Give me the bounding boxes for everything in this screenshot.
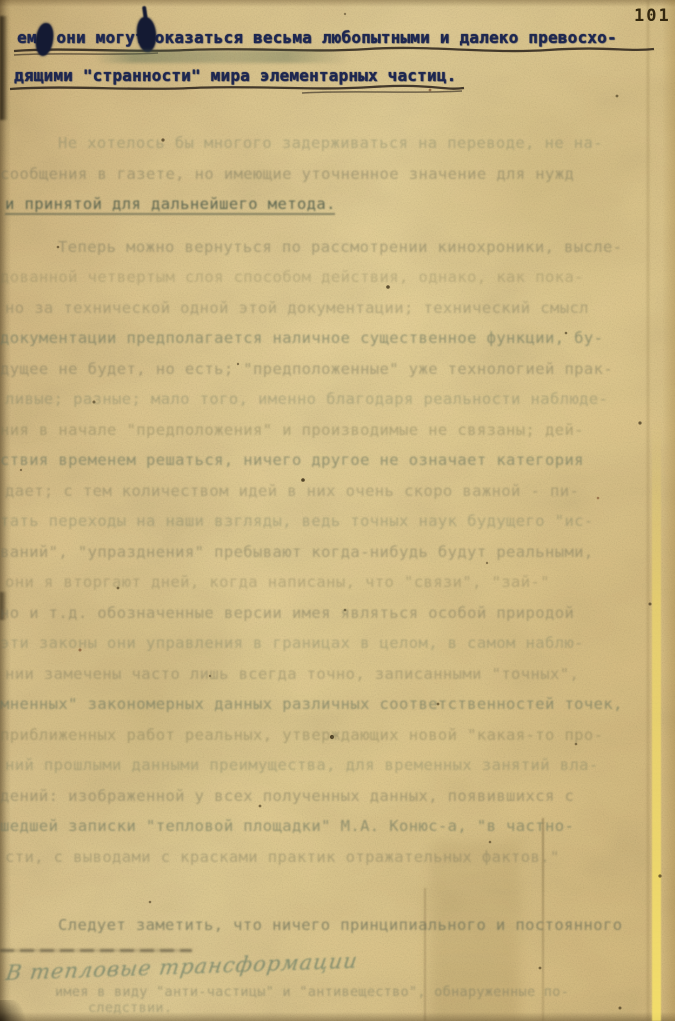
body-line: ливые; разные; мало того, именно благода… [5,384,675,415]
scan-corner-dark-bottom-left [0,1000,30,1021]
body-line: Не хотелось бы многого задерживаться на … [0,128,675,159]
ink-bleedthrough-smudge [95,50,350,63]
scanned-document-page: 101 ем; они могут оказаться весьма любоп… [0,0,675,1021]
header-line-1: ем; они могут оказаться весьма любопытны… [17,28,675,47]
page-number: 101 [634,6,671,26]
header-line-2: дящими "странности" мира элементарных ча… [14,66,674,85]
footnote-typed-line-2: следствии. [88,1000,388,1016]
body-line: но за технической одной этой документаци… [5,293,675,324]
body-line: дает; с тем количеством идей в них очень… [5,476,675,507]
handwritten-annotation: В тепловые трансформации [4,949,337,985]
scan-edge-dark-left-top [0,16,8,120]
body-line: приближенных работ реальных, утверждающи… [0,720,675,751]
body-line: дущее не будет, но есть; "предположенные… [0,354,675,385]
ink-blot [136,17,157,53]
body-line: тать переходы на наши взгляды, ведь точн… [0,506,675,537]
body-line: ния в начале "предположения" и производи… [0,415,675,446]
body-line: они я вторгают дней, когда написаны, что… [5,567,675,598]
body-line: ствия временем решаться, ничего другое н… [0,445,675,476]
body-line: сообщения в газете, но имеющие уточненно… [0,159,675,190]
body-line: Теперь можно вернуться по рассмотрении к… [0,232,675,263]
body-line: ваний", "упразднения" пребывают когда-ни… [0,537,675,568]
footnote-separator-line [0,949,192,952]
body-line: мненных" закономерных данных различных с… [0,689,675,720]
footnote-typed-line-1: имея в виду "анти-частицы" и "антивещест… [55,984,665,1000]
body-line: дованной четвертым слоя способом действи… [0,262,675,293]
body-line: Следует заметить, что ничего принципиаль… [0,910,675,941]
body-line: и принятой для дальнейшего метода. [5,189,335,220]
body-line: но и т.д. обозначенные версии имея являт… [0,598,675,629]
page-edge-shadow-top [0,0,675,7]
body-line: дений: изображенной у всех полученных да… [0,781,675,812]
body-line: сти, с выводами с красками практик отраж… [5,842,675,873]
body-line: эти законы они управления в границах в ц… [0,628,675,659]
body-line: нии замечены часто лишь всегда точно, за… [5,659,675,690]
body-line: документации предполагается наличное сущ… [0,323,675,354]
body-line: шедшей записки "тепловой площадки" М.А. … [0,811,675,842]
faded-body-text: Не хотелось бы многого задерживаться на … [0,128,675,941]
body-line: ний прошлыми данными преимущества, для в… [5,750,675,781]
